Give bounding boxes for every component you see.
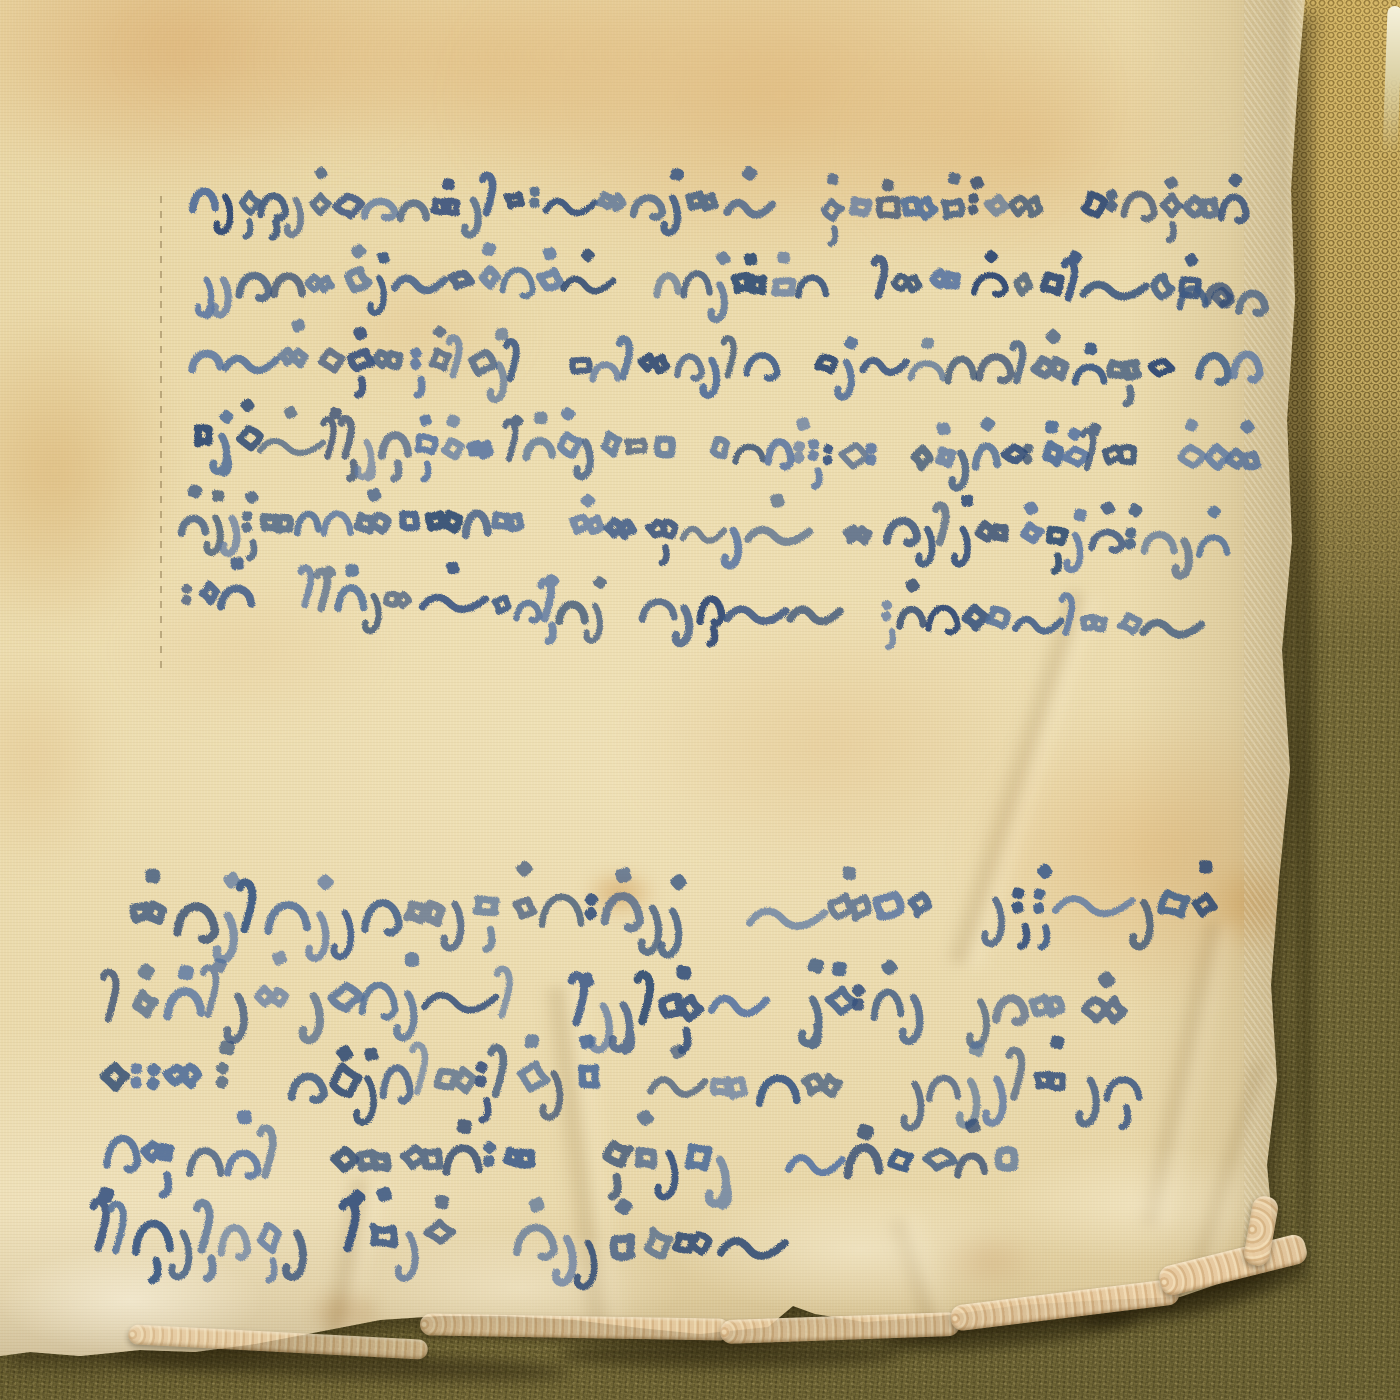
script-stroke xyxy=(517,603,540,620)
script-stroke xyxy=(979,357,1011,381)
script-stroke xyxy=(287,200,300,235)
script-stroke xyxy=(334,913,351,957)
script-stroke xyxy=(891,1152,911,1169)
script-stroke xyxy=(775,255,793,293)
script-stroke xyxy=(750,911,825,926)
script-stroke xyxy=(136,967,155,1014)
script-stroke xyxy=(1239,293,1265,313)
script-stroke xyxy=(727,609,786,621)
script-stroke xyxy=(546,201,595,213)
script-stroke xyxy=(599,195,623,209)
script-stroke xyxy=(503,270,533,296)
script-stroke xyxy=(111,1204,124,1251)
script-stroke xyxy=(167,1067,199,1086)
script-stroke xyxy=(444,904,461,948)
script-stroke xyxy=(351,331,372,395)
script-stroke xyxy=(721,1241,785,1256)
script-line-u5 xyxy=(182,488,1228,576)
script-stroke xyxy=(996,998,1025,1022)
script-stroke xyxy=(939,426,953,464)
script-stroke xyxy=(292,1076,324,1100)
script-stroke xyxy=(638,975,650,1022)
script-stroke xyxy=(856,988,862,1007)
script-stroke xyxy=(1176,541,1190,576)
script-stroke xyxy=(168,969,202,1016)
script-stroke xyxy=(577,1243,594,1287)
script-stroke xyxy=(1234,354,1260,380)
script-stroke xyxy=(712,998,767,1013)
script-stroke xyxy=(220,1044,232,1085)
script-stroke xyxy=(926,1151,955,1169)
script-stroke xyxy=(911,895,929,915)
script-stroke xyxy=(257,954,285,1005)
script-stroke xyxy=(1120,615,1140,632)
script-stroke xyxy=(863,360,907,372)
script-stroke xyxy=(971,180,980,212)
script-stroke xyxy=(797,421,807,460)
script-stroke xyxy=(974,253,1006,294)
script-stroke xyxy=(725,531,739,566)
script-stroke xyxy=(260,1225,279,1280)
script-stroke xyxy=(403,514,417,528)
script-stroke xyxy=(1163,180,1180,240)
script-stroke xyxy=(790,609,840,621)
script-stroke xyxy=(684,273,710,295)
script-stroke xyxy=(268,905,307,931)
script-stroke xyxy=(1161,893,1187,915)
script-stroke xyxy=(572,975,591,1022)
script-stroke xyxy=(874,963,901,1018)
script-stroke xyxy=(559,605,585,621)
script-stroke xyxy=(370,255,386,313)
script-stroke xyxy=(1075,346,1104,382)
script-stroke xyxy=(1083,426,1098,468)
script-stroke xyxy=(657,276,678,295)
script-stroke xyxy=(221,561,251,607)
script-line-u4 xyxy=(197,402,1257,488)
script-stroke xyxy=(470,443,490,456)
script-stroke xyxy=(709,1160,728,1206)
script-stroke xyxy=(572,360,589,372)
script-stroke xyxy=(1107,1080,1139,1127)
script-stroke xyxy=(215,280,229,315)
script-stroke xyxy=(1085,975,1124,1021)
script-stroke xyxy=(960,1045,982,1126)
cloth-panel xyxy=(0,0,1400,1400)
script-stroke xyxy=(198,280,212,316)
script-stroke xyxy=(190,1151,221,1174)
script-stroke xyxy=(317,569,332,608)
script-stroke xyxy=(657,439,672,455)
script-stroke xyxy=(505,418,520,459)
script-line-l2 xyxy=(103,954,1123,1051)
script-stroke xyxy=(958,1122,985,1175)
script-stroke xyxy=(104,1066,126,1088)
script-stroke xyxy=(359,1153,388,1168)
script-stroke xyxy=(507,195,522,207)
script-stroke xyxy=(446,1123,479,1172)
script-stroke xyxy=(177,907,215,940)
script-stroke xyxy=(1037,1039,1063,1088)
script-stroke xyxy=(689,194,716,209)
script-stroke xyxy=(929,1078,958,1099)
lower-text-block xyxy=(94,864,1215,1288)
script-stroke xyxy=(638,1114,654,1166)
script-stroke xyxy=(884,603,893,647)
script-stroke xyxy=(954,498,970,564)
script-stroke xyxy=(748,498,809,542)
script-stroke xyxy=(308,277,332,291)
script-stroke xyxy=(1084,194,1105,215)
script-stroke xyxy=(364,201,395,217)
script-stroke xyxy=(321,351,342,371)
script-stroke xyxy=(401,203,427,218)
script-stroke xyxy=(700,599,722,644)
script-stroke xyxy=(798,278,825,296)
script-stroke xyxy=(1110,363,1139,404)
script-line-u3 xyxy=(192,322,1260,403)
script-stroke xyxy=(986,1079,1003,1123)
script-stroke xyxy=(736,447,763,462)
script-stroke xyxy=(507,1151,532,1165)
script-stroke xyxy=(1050,529,1066,571)
script-stroke xyxy=(713,1079,744,1096)
script-stroke xyxy=(526,415,552,457)
script-stroke xyxy=(303,996,320,1040)
script-stroke xyxy=(343,1193,362,1248)
script-stroke xyxy=(1105,447,1134,462)
script-stroke xyxy=(677,357,701,379)
script-stroke xyxy=(297,514,318,533)
script-stroke xyxy=(478,1065,488,1120)
script-stroke xyxy=(838,340,855,398)
script-stroke xyxy=(397,956,416,1038)
script-stroke xyxy=(245,494,256,558)
script-stroke xyxy=(1154,276,1172,297)
script-stroke xyxy=(662,877,683,955)
script-stroke xyxy=(414,351,422,395)
script-stroke xyxy=(727,170,772,215)
script-stroke xyxy=(358,442,373,478)
script-stroke xyxy=(260,1128,273,1175)
script-stroke xyxy=(641,356,667,371)
script-stroke xyxy=(197,1203,213,1278)
script-stroke xyxy=(607,521,634,537)
script-stroke xyxy=(887,521,917,543)
script-stroke xyxy=(1208,447,1228,468)
script-stroke xyxy=(324,410,339,456)
script-stroke xyxy=(586,579,603,641)
script-stroke xyxy=(1024,505,1041,540)
script-stroke xyxy=(1228,423,1257,466)
script-stroke xyxy=(223,518,236,553)
upper-text-block xyxy=(182,170,1266,647)
script-stroke xyxy=(875,259,885,296)
script-stroke xyxy=(540,251,561,288)
script-stroke xyxy=(804,1076,839,1095)
script-stroke xyxy=(533,190,537,205)
script-stroke xyxy=(240,883,252,930)
script-stroke xyxy=(331,986,361,1010)
script-stroke xyxy=(134,1066,139,1085)
script-stroke xyxy=(948,359,974,381)
script-stroke xyxy=(334,1150,356,1169)
script-stroke xyxy=(338,568,363,609)
script-stroke xyxy=(978,524,1005,540)
script-stroke xyxy=(1067,512,1084,570)
script-stroke xyxy=(373,1191,394,1245)
script-stroke xyxy=(879,182,898,216)
script-stroke xyxy=(192,354,220,370)
script-stroke xyxy=(520,1038,547,1089)
script-stroke xyxy=(495,514,522,529)
script-stroke xyxy=(985,900,1002,944)
script-stroke xyxy=(107,1138,138,1169)
script-stroke xyxy=(842,445,868,466)
script-stroke xyxy=(541,578,555,641)
script-stroke xyxy=(94,1191,111,1248)
script-stroke xyxy=(846,528,869,542)
script-stroke xyxy=(426,1198,452,1241)
script-stroke xyxy=(465,200,479,235)
script-stroke xyxy=(491,1048,503,1095)
script-stroke xyxy=(403,1148,440,1167)
script-stroke xyxy=(374,352,400,366)
script-line-l5 xyxy=(94,1191,785,1288)
script-stroke xyxy=(1016,619,1062,631)
script-stroke xyxy=(1079,1080,1096,1124)
script-stroke xyxy=(432,329,450,369)
script-stroke xyxy=(1143,623,1201,635)
handwritten-script xyxy=(0,0,1400,1400)
script-stroke xyxy=(1092,505,1123,550)
script-stroke xyxy=(965,607,986,628)
script-stroke xyxy=(826,447,830,462)
script-stroke xyxy=(1017,275,1030,293)
script-stroke xyxy=(261,196,286,237)
script-stroke xyxy=(483,175,493,212)
script-stroke xyxy=(134,873,164,921)
script-stroke xyxy=(936,505,946,542)
script-stroke xyxy=(365,903,399,933)
script-stroke xyxy=(556,1239,573,1283)
script-stroke xyxy=(606,1144,630,1196)
script-stroke xyxy=(1199,356,1228,383)
script-stroke xyxy=(207,493,221,552)
cloth-panel-wrap xyxy=(0,0,1400,1400)
script-stroke xyxy=(483,246,498,286)
script-stroke xyxy=(1034,333,1065,377)
script-stroke xyxy=(217,876,236,960)
script-stroke xyxy=(1044,275,1061,293)
script-stroke xyxy=(336,196,362,216)
script-stroke xyxy=(333,1049,359,1094)
script-stroke xyxy=(768,442,791,467)
script-stroke xyxy=(444,418,461,457)
script-stroke xyxy=(1185,198,1217,215)
script-stroke xyxy=(676,608,690,643)
script-stroke xyxy=(451,274,471,287)
script-stroke xyxy=(903,998,920,1042)
script-stroke xyxy=(641,908,658,952)
script-stroke xyxy=(662,969,700,1050)
script-stroke xyxy=(560,411,580,456)
script-stroke xyxy=(969,1002,986,1046)
script-stroke xyxy=(144,1144,171,1195)
script-stroke xyxy=(869,447,873,462)
script-stroke xyxy=(760,1078,797,1103)
script-stroke xyxy=(848,1128,879,1175)
script-stroke xyxy=(398,1235,415,1279)
script-stroke xyxy=(357,492,388,531)
script-stroke xyxy=(894,276,920,290)
script-stroke xyxy=(627,441,645,453)
script-stroke xyxy=(929,608,958,633)
script-stroke xyxy=(877,895,901,917)
script-stroke xyxy=(1199,509,1227,555)
script-stroke xyxy=(817,357,835,371)
script-stroke xyxy=(407,904,442,923)
script-stroke xyxy=(433,181,457,213)
script-stroke xyxy=(281,322,306,365)
script-stroke xyxy=(1181,422,1204,466)
script-stroke xyxy=(1046,425,1060,464)
script-line-u6 xyxy=(184,561,1201,647)
script-stroke xyxy=(689,1147,709,1168)
script-stroke xyxy=(1144,535,1174,551)
script-stroke xyxy=(202,584,217,602)
script-stroke xyxy=(103,972,116,1019)
script-stroke xyxy=(788,1158,842,1173)
script-line-u1 xyxy=(193,170,1247,244)
script-stroke xyxy=(1195,864,1215,915)
script-stroke xyxy=(172,1233,189,1277)
script-stroke xyxy=(386,594,409,606)
script-stroke xyxy=(1128,507,1139,546)
script-stroke xyxy=(1221,177,1246,221)
script-stroke xyxy=(1215,290,1230,305)
script-stroke xyxy=(274,276,302,294)
script-stroke xyxy=(356,1051,375,1123)
script-stroke xyxy=(239,276,269,299)
script-stroke xyxy=(495,597,509,611)
script-stroke xyxy=(341,419,354,479)
script-stroke xyxy=(286,1233,303,1277)
script-stroke xyxy=(487,1145,493,1164)
script-stroke xyxy=(228,1114,258,1177)
script-stroke xyxy=(1109,193,1114,209)
script-stroke xyxy=(904,1084,921,1128)
script-stroke xyxy=(747,355,778,378)
script-stroke xyxy=(193,191,216,209)
script-stroke xyxy=(647,1230,670,1256)
script-stroke xyxy=(413,1045,425,1092)
script-stroke xyxy=(711,255,727,320)
script-stroke xyxy=(604,434,619,455)
script-stroke xyxy=(182,488,206,533)
script-stroke xyxy=(264,517,291,531)
script-stroke xyxy=(703,360,717,395)
script-stroke xyxy=(395,278,445,290)
script-stroke xyxy=(383,1068,410,1101)
script-stroke xyxy=(197,428,209,444)
script-stroke xyxy=(227,996,244,1040)
script-stroke xyxy=(542,897,581,925)
script-stroke xyxy=(136,1224,170,1281)
script-stroke xyxy=(914,449,930,468)
script-stroke xyxy=(1056,899,1133,914)
script-stroke xyxy=(365,596,378,631)
script-stroke xyxy=(312,170,328,213)
script-stroke xyxy=(260,409,323,453)
script-stroke xyxy=(658,1153,675,1197)
script-stroke xyxy=(221,1228,247,1258)
script-stroke xyxy=(605,871,640,928)
script-stroke xyxy=(476,899,496,949)
script-stroke xyxy=(1133,903,1150,947)
script-stroke xyxy=(592,1006,609,1050)
script-stroke xyxy=(904,199,935,217)
script-stroke xyxy=(497,969,510,1016)
script-stroke xyxy=(911,341,943,378)
script-stroke xyxy=(1124,194,1154,219)
script-stroke xyxy=(1015,891,1026,946)
script-stroke xyxy=(620,339,630,376)
script-stroke xyxy=(1083,285,1146,297)
script-stroke xyxy=(382,435,408,479)
script-stroke xyxy=(612,1005,631,1051)
script-stroke xyxy=(683,529,724,541)
script-stroke xyxy=(213,414,230,473)
script-stroke xyxy=(1012,198,1041,215)
script-stroke xyxy=(713,439,727,456)
script-stroke xyxy=(217,197,231,232)
script-stroke xyxy=(811,443,819,487)
script-stroke xyxy=(437,1070,474,1091)
script-line-l4 xyxy=(107,1114,1015,1206)
script-stroke xyxy=(1004,447,1024,461)
script-stroke xyxy=(1032,998,1061,1015)
script-stroke xyxy=(1151,361,1173,374)
script-stroke xyxy=(976,421,998,467)
photo-of-cloth-panel xyxy=(0,0,1400,1400)
script-stroke xyxy=(184,587,189,602)
script-stroke xyxy=(362,985,395,1017)
script-stroke xyxy=(309,878,330,959)
script-stroke xyxy=(424,995,496,1010)
script-stroke xyxy=(564,252,614,291)
script-stroke xyxy=(418,417,436,479)
script-stroke xyxy=(588,897,594,917)
script-stroke xyxy=(614,1202,631,1257)
script-stroke xyxy=(423,565,486,609)
script-stroke xyxy=(517,1201,554,1258)
script-stroke xyxy=(734,257,763,292)
script-stroke xyxy=(239,402,260,448)
script-line-u2 xyxy=(198,246,1231,320)
script-stroke xyxy=(853,200,869,214)
script-stroke xyxy=(429,514,460,530)
script-stroke xyxy=(989,609,1008,627)
script-stroke xyxy=(724,338,734,375)
script-stroke xyxy=(933,272,957,286)
script-stroke xyxy=(1062,596,1072,633)
script-stroke xyxy=(664,172,680,233)
script-stroke xyxy=(466,513,488,535)
script-stroke xyxy=(831,870,868,919)
script-stroke xyxy=(998,1150,1014,1168)
script-stroke xyxy=(472,352,494,373)
